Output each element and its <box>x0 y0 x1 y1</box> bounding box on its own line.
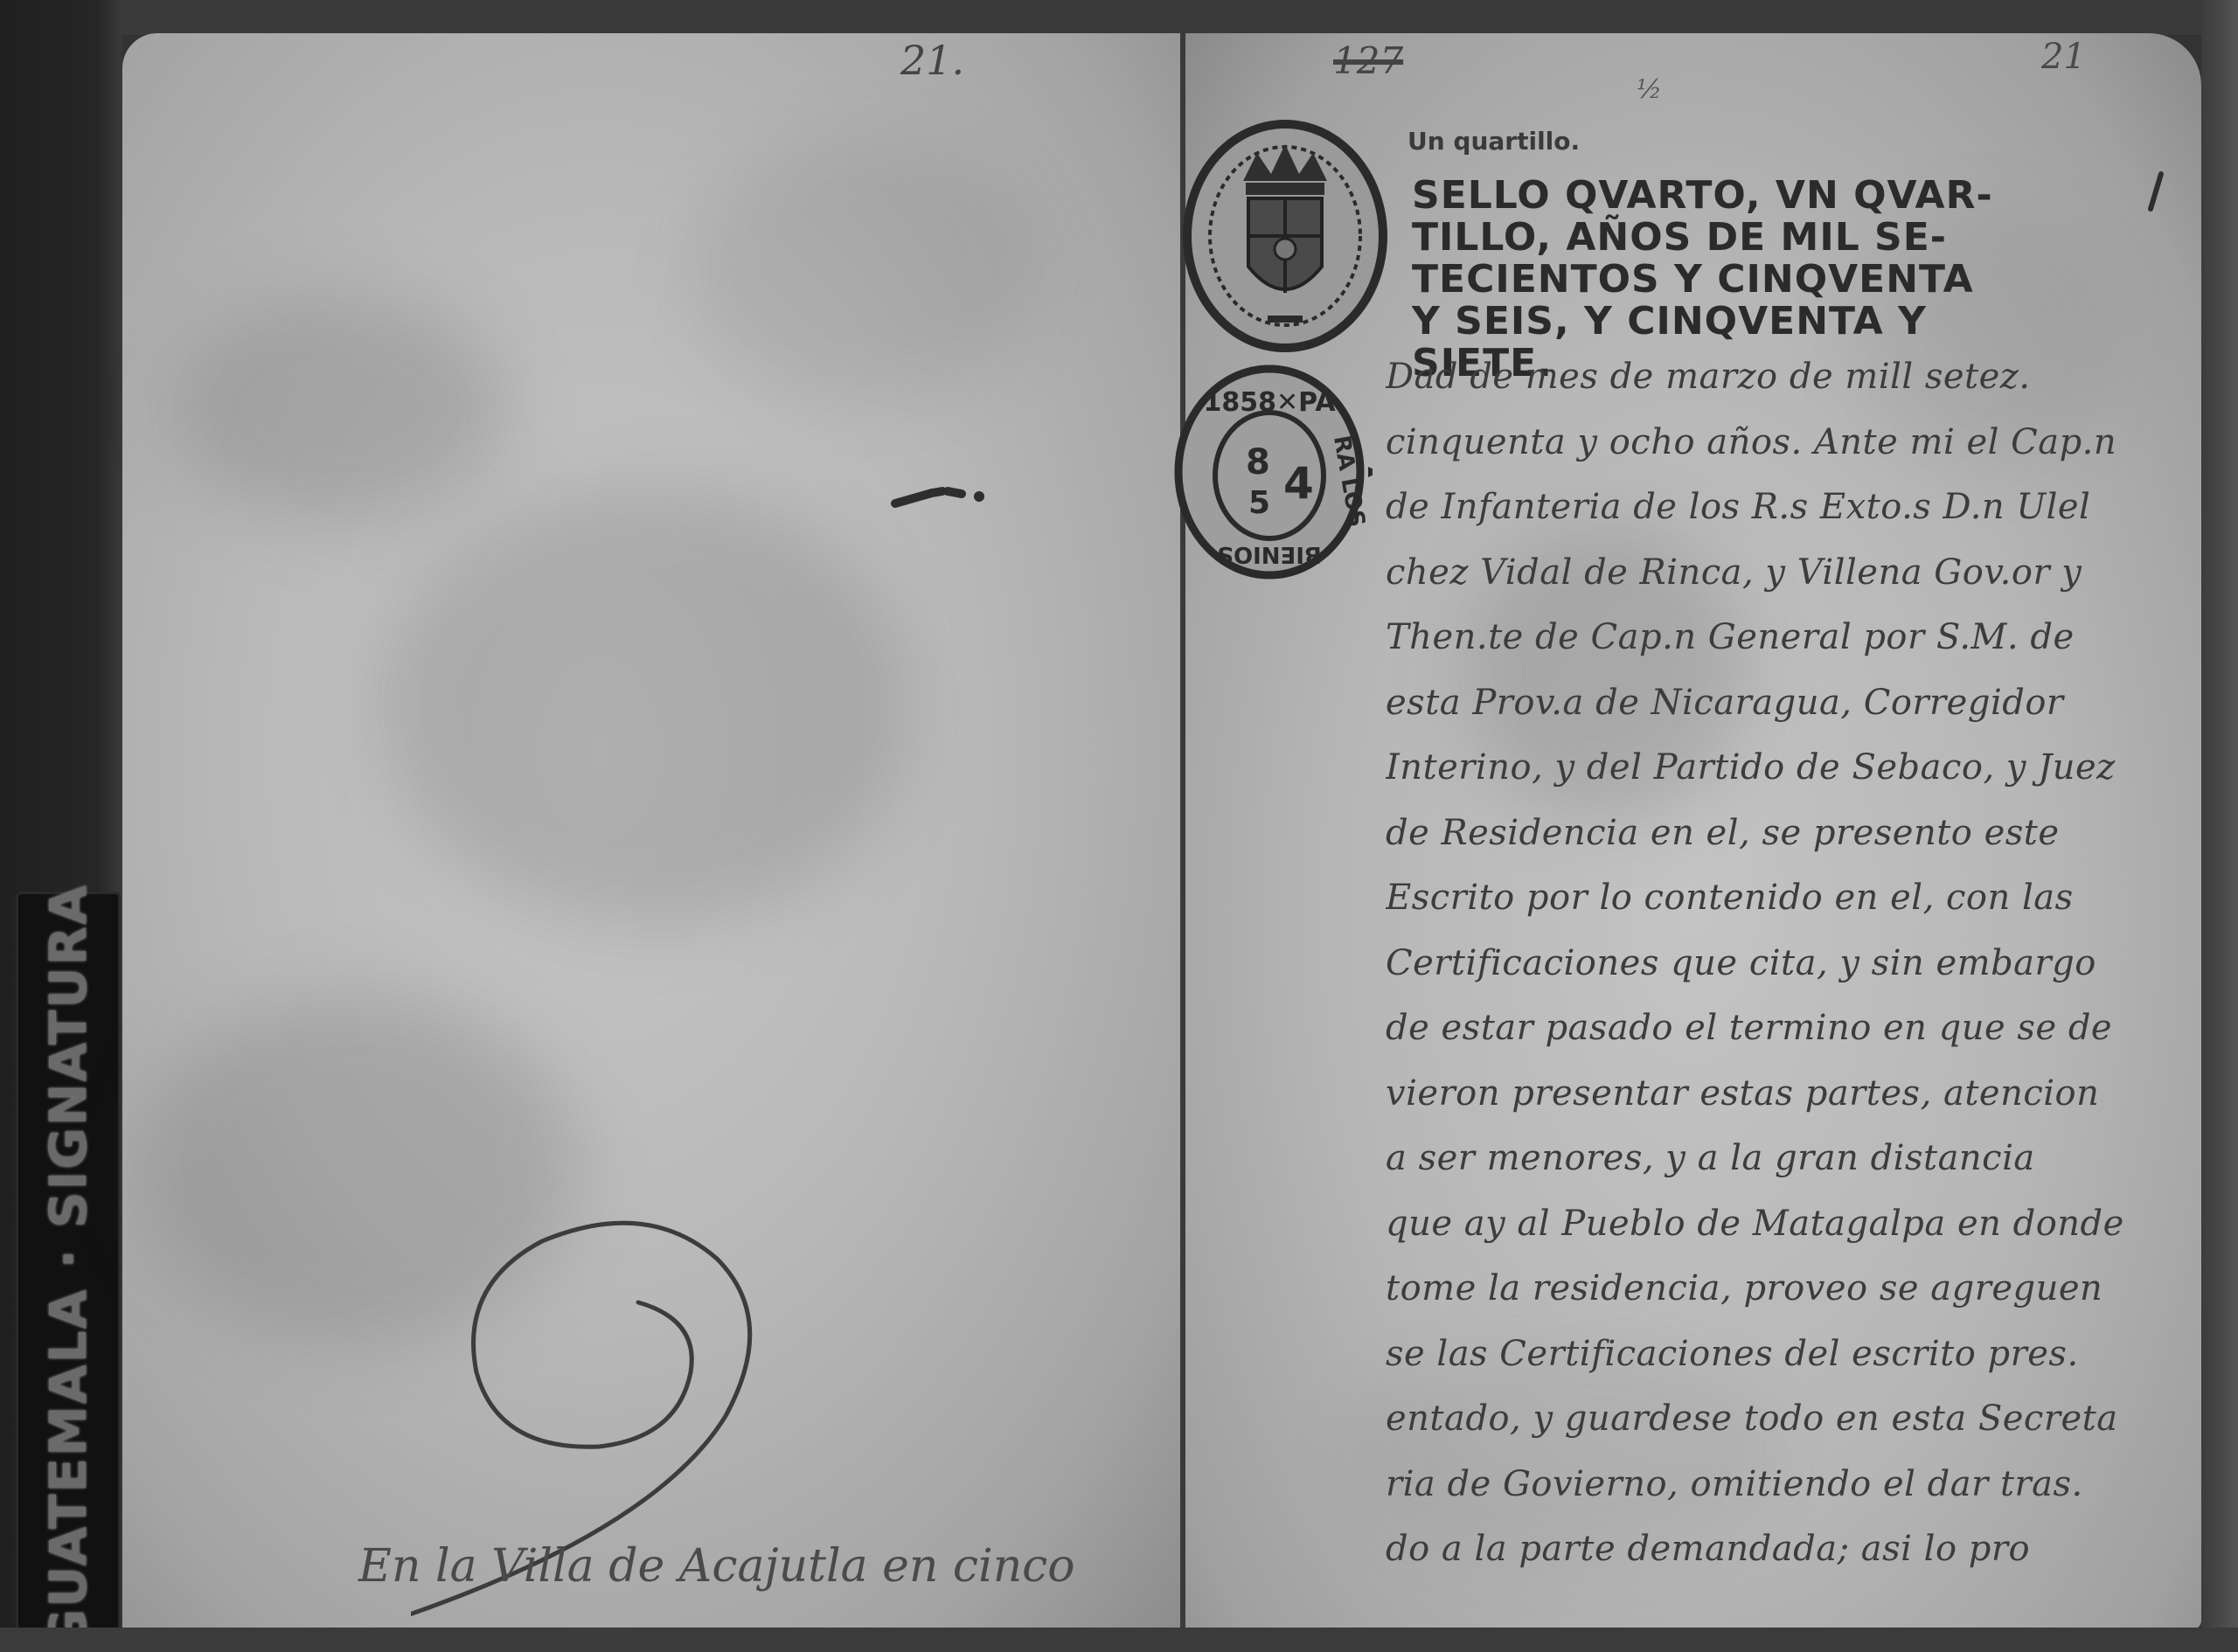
manuscript-line: Escrito por lo contenido en el, con las <box>1386 878 2190 943</box>
svg-text:8: 8 <box>1246 442 1270 482</box>
stain <box>385 488 909 925</box>
manuscript-line: de Residencia en el, se presento este <box>1386 813 2190 878</box>
manuscript-line: de estar pasado el termino en que se de <box>1386 1008 2190 1073</box>
manuscript-line: esta Prov.a de Nicaragua, Corregidor <box>1386 683 2190 748</box>
revalidation-stamp-icon: 1858✕PA RA LOS BIENIOS 8 5 4 <box>1171 360 1373 583</box>
manuscript-line: cinquenta y ocho años. Ante mi el Cap.n <box>1386 422 2190 488</box>
manuscript-line: a ser menores, y a la gran distancia <box>1386 1138 2190 1204</box>
manuscript-line: ria de Govierno, omitiendo el dar tras. <box>1386 1464 2190 1530</box>
manuscript-line: Certificaciones que cita, y sin embargo <box>1386 943 2190 1009</box>
stamp-header-line: SELLO QVARTO, VN QVAR- <box>1412 175 2076 217</box>
ink-mark-icon <box>890 482 986 509</box>
manuscript-line: Then.te de Cap.n General por S.M. de <box>1386 617 2190 683</box>
stain <box>175 295 507 523</box>
manuscript-line: Dad de mes de marzo de mill setez. <box>1386 357 2190 422</box>
corner-mark-icon <box>2142 170 2168 214</box>
spine-label: GUATEMALA · SIGNATURA <box>16 892 121 1643</box>
stain <box>691 138 1040 400</box>
fraction-mark: ½ <box>1637 74 1662 105</box>
spine-label-text: GUATEMALA · SIGNATURA <box>38 884 98 1650</box>
bottom-border <box>0 1628 2238 1652</box>
stamp-header-line: TECIENTOS Y CINQVENTA <box>1412 259 2076 301</box>
svg-text:5: 5 <box>1248 485 1270 521</box>
manuscript-line: tome la residencia, proveo se agreguen <box>1386 1268 2190 1334</box>
manuscript-line: chez Vidal de Rinca, y Villena Gov.or y <box>1386 552 2190 618</box>
left-page-bottom-line: En la Villa de Acajutla en cinco <box>358 1540 1075 1593</box>
stamp-header-line: TILLO, AÑOS DE MIL SE- <box>1412 217 2076 259</box>
folio-number-left: 21. <box>900 37 964 84</box>
royal-arms-seal-icon <box>1180 118 1390 354</box>
manuscript-line: vieron presentar estas partes, atencion <box>1386 1073 2190 1139</box>
stamp-header: SELLO QVARTO, VN QVAR- TILLO, AÑOS DE MI… <box>1412 175 2076 385</box>
manuscript-line: de Infanteria de los R.s Exto.s D.n Ulel <box>1386 487 2190 552</box>
manuscript-line: entado, y guardese todo en esta Secreta <box>1386 1399 2190 1464</box>
top-border <box>0 0 2238 35</box>
stamp-header-line: Y SEIS, Y CINQVENTA Y <box>1412 301 2076 343</box>
folio-number-right: 21 <box>2041 37 2086 77</box>
svg-text:1858✕PA: 1858✕PA <box>1203 387 1336 418</box>
manuscript-line: se las Certificaciones del escrito pres. <box>1386 1334 2190 1399</box>
right-border <box>2201 0 2238 1652</box>
microfilm-scan: GUATEMALA · SIGNATURA 21. 127 21 ½ <box>0 0 2238 1652</box>
manuscript-line: do a la parte demandada; asi lo pro <box>1386 1529 2190 1594</box>
manuscript-line: Interino, y del Partido de Sebaco, y Jue… <box>1386 747 2190 813</box>
svg-text:BIENIOS: BIENIOS <box>1217 541 1322 567</box>
folio-number-struck: 127 <box>1333 39 1403 82</box>
stamp-value-label: Un quartillo. <box>1407 127 1580 156</box>
manuscript-body: Dad de mes de marzo de mill setez. cinqu… <box>1386 357 2190 1594</box>
svg-text:4: 4 <box>1283 458 1314 509</box>
manuscript-line: que ay al Pueblo de Matagalpa en donde <box>1386 1204 2190 1269</box>
